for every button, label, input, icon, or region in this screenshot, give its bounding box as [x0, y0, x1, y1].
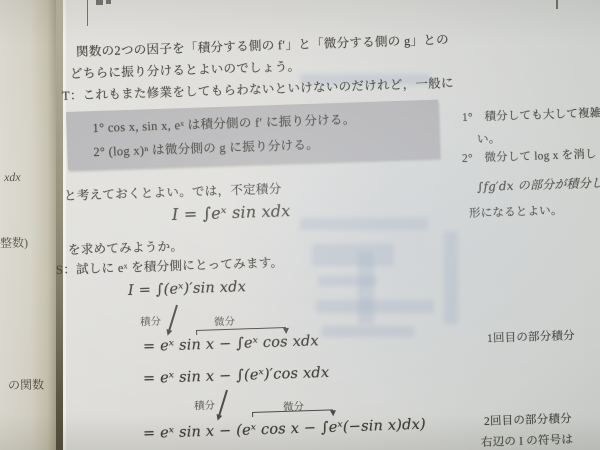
rule-2: 2° (log x)ⁿ は微分側の g に振り分ける。: [93, 135, 319, 160]
textbook-page-photo: xdx 整数) の関数 関数の2つの因子を「積分する側の f′」と「微分する側の…: [0, 0, 600, 450]
derivation-step-4: = eˣ sin x − (eˣ cos x − ∫eˣ(−sin x)dx): [143, 417, 426, 442]
page-gutter-highlight: [63, 0, 66, 450]
margin-note-2-formula: ∫fg′dx の部分が積分し: [477, 174, 600, 195]
cropped-text-mark: [556, 0, 558, 9]
cropped-text-mark: [96, 0, 103, 5]
showthrough-ghost: [300, 218, 428, 230]
showthrough-ghost: [312, 244, 394, 266]
display-equation: I = ∫eˣ sin xdx: [172, 201, 291, 224]
margin-note-2-line-1: 2° 微分して log x を消し: [462, 146, 597, 166]
left-page-fragment-integer: 整数): [0, 234, 28, 252]
showthrough-ghost: [444, 232, 458, 324]
showthrough-ghost: [316, 300, 434, 313]
body-paragraph-line: どちらに振り分けるとよいのでしょう。: [70, 56, 301, 82]
margin-note-1-line-1: 1° 積分しても大して複雑: [462, 104, 600, 125]
derivation-step-3: = eˣ sin x − ∫(eˣ)′cos xdx: [143, 365, 330, 387]
margin-note-first-integration: 1回目の部分積分: [487, 327, 575, 346]
body-paragraph-line: を求めてみようか。: [68, 236, 184, 258]
integrate-arrow: [168, 305, 178, 332]
rule-1: 1° cos x, sin x, eˣ は積分側の f′ に振り分ける。: [92, 109, 356, 136]
showthrough-ghost: [322, 326, 414, 337]
body-paragraph-line: と考えておくとよい。では，不定積分: [64, 179, 282, 204]
highlight-rule-box: 1° cos x, sin x, eˣ は積分側の f′ に振り分ける。 2° …: [66, 100, 440, 170]
left-page-fragment-formula: xdx: [4, 170, 21, 185]
derivation-step-1: I = ∫(eˣ)′sin xdx: [128, 279, 247, 299]
margin-note-2-line-3: 形になるとよい。: [469, 202, 563, 221]
margin-note-sign-of-I: 右辺の I の符号は: [481, 431, 574, 450]
margin-note-1-line-2: い。: [477, 130, 501, 147]
integrate-arrow-label: 積分: [140, 314, 161, 330]
differentiate-arrow: [252, 409, 333, 419]
left-page-fragment-function: の関数: [8, 376, 44, 394]
cropped-text-mark: [106, 0, 111, 4]
page-gutter-fold: [56, 0, 63, 450]
margin-note-second-integration: 2回目の部分積分: [484, 410, 572, 429]
cropped-rule-mark: [87, 0, 88, 26]
showthrough-ghost: [358, 252, 374, 324]
integrate-arrow-label: 積分: [194, 398, 215, 414]
body-paragraph-line: 関数の2つの因子を「積分する側の f′」と「微分する側の g」との: [76, 30, 449, 60]
integrate-arrow: [218, 390, 228, 417]
differentiate-arrow-label: 微分: [214, 314, 235, 330]
